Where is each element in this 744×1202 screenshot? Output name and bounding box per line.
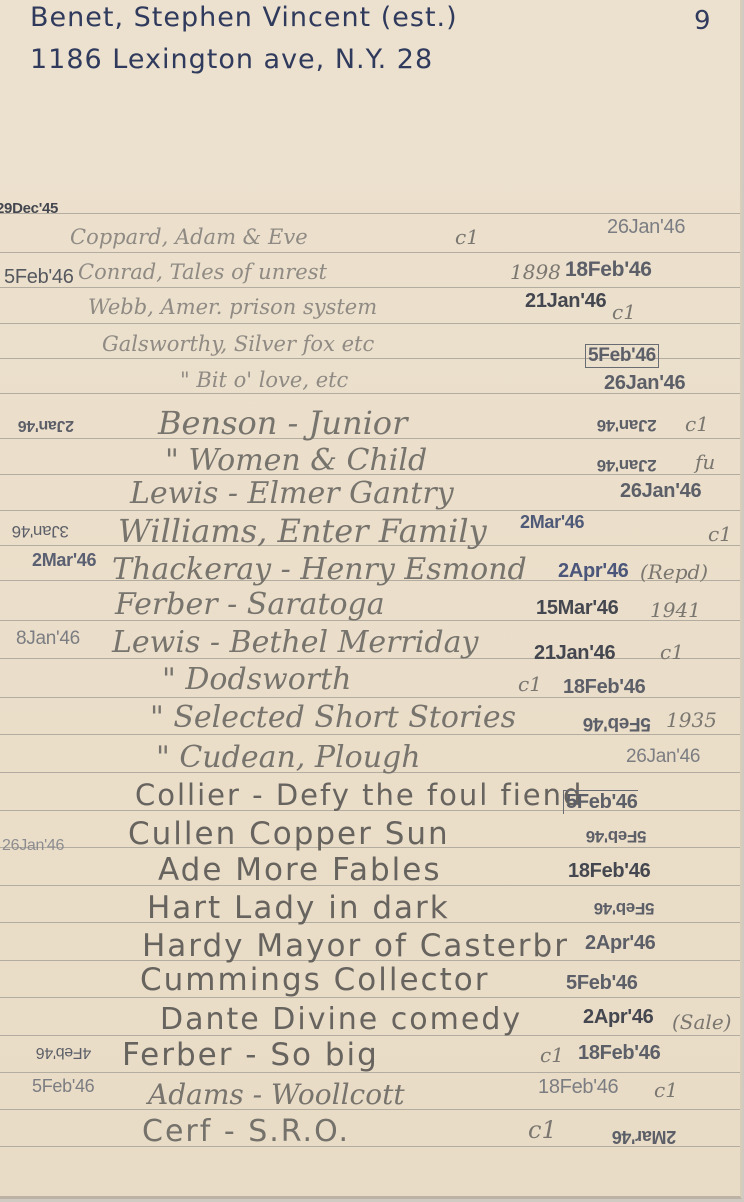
date-stamp-inverted: 3Jan'46 [12,521,69,541]
entry-note: c1 [612,300,636,324]
entry-note: (Repd) [640,560,708,584]
date-stamp: 18Feb'46 [565,258,652,282]
date-stamp: 5Feb'46 [4,266,74,289]
entry-title: Dante Divine comedy [160,1002,522,1037]
date-stamp-inverted: 2Mar'46 [612,1126,676,1147]
date-stamp: 2Mar'46 [520,512,584,533]
entry-title: Cerf - S.R.O. [142,1114,350,1149]
entry-title: Hart Lady in dark [147,890,450,926]
entry-title: Collier - Defy the foul fiend [135,778,583,812]
entry-note: c1 [455,225,479,249]
date-stamp-inverted: 2Jan'46 [597,455,657,475]
entry-title: Lewis - Elmer Gantry [130,476,454,511]
date-stamp: 26Jan'46 [626,746,700,768]
rule-line [0,287,740,288]
date-stamp-inverted: 2Jan'46 [597,415,657,435]
date-stamp: 26Jan'46 [2,837,64,855]
date-stamp-inverted: 5Feb'46 [594,898,655,918]
entry-title: Ade More Fables [158,852,441,888]
entry-title: Coppard, Adam & Eve [70,225,308,249]
entry-title: " Selected Short Stories [150,700,516,735]
entry-note: c1 [660,640,684,664]
entry-note: c1 [518,672,542,696]
date-stamp: 2Apr'46 [583,1006,653,1029]
entry-title: Galsworthy, Silver fox etc [102,332,374,356]
date-stamp: 18Feb'46 [578,1042,660,1065]
date-stamp: 29Dec'45 [0,200,58,217]
date-stamp: 2Apr'46 [558,560,628,583]
date-stamp: 2Apr'46 [585,932,655,955]
date-stamp: 8Jan'46 [16,628,80,650]
date-stamp: 18Feb'46 [568,860,650,883]
entry-title: Thackeray - Henry Esmond [112,552,527,587]
date-stamp: 18Feb'46 [563,676,645,699]
date-stamp: 18Feb'46 [538,1076,618,1099]
entry-title: Conrad, Tales of unrest [78,260,327,284]
entry-title: Benson - Junior [158,404,407,442]
entry-title: Cullen Copper Sun [128,816,450,852]
date-stamp-inverted: 2Jan'46 [18,416,74,434]
date-stamp: 21Jan'46 [525,290,606,313]
entry-note: 1898 [510,260,561,284]
entry-note: c1 [540,1043,564,1067]
date-stamp: 5Feb'46 [32,1076,94,1097]
entry-title: " Bit o' love, etc [180,368,348,392]
entry-title: Lewis - Bethel Merriday [112,625,478,660]
date-stamp-inverted: 5Feb'46 [586,826,647,846]
entry-note: (Sale) [672,1010,731,1034]
card-number: 9 [694,6,712,36]
entry-title: Williams, Enter Family [118,512,487,550]
entry-note: c1 [528,1116,557,1144]
entry-title: Hardy Mayor of Casterbr [142,928,569,964]
date-stamp: 21Jan'46 [534,642,615,665]
entry-title: Adams - Woollcott [148,1078,405,1111]
entry-note: c1 [708,522,732,546]
rule-line [0,252,740,253]
date-stamp: 5Feb'46 [585,344,659,368]
borrower-card: Benet, Stephen Vincent (est.) 1186 Lexin… [0,0,742,1199]
entry-note: 1935 [666,708,717,732]
address-line: 1186 Lexington ave, N.Y. 28 [30,44,433,75]
author-name-heading: Benet, Stephen Vincent (est.) [30,2,458,33]
date-stamp: 26Jan'46 [620,480,701,503]
entry-note: c1 [685,412,709,436]
entry-note: 1941 [650,598,701,622]
entry-note: fu [695,450,715,474]
entry-note: c1 [654,1078,678,1102]
date-stamp: 15Mar'46 [536,597,618,620]
entry-title: Ferber - So big [122,1037,379,1073]
entry-title: Webb, Amer. prison system [88,295,377,319]
entry-title: " Women & Child [165,443,427,478]
date-stamp: 26Jan'46 [607,216,685,239]
entry-title: " Dodsworth [162,662,352,697]
date-stamp-inverted: 5Feb'46 [583,712,651,734]
entry-title: " Cudean, Plough [156,740,421,775]
entry-title: Cummings Collector [140,962,489,998]
entry-title: Ferber - Saratoga [115,587,385,622]
date-stamp: 5Feb'46 [563,790,638,814]
date-stamp: 5Feb'46 [566,972,638,995]
date-stamp: 2Mar'46 [32,550,96,571]
date-stamp-inverted: 4Feb'46 [36,1043,91,1061]
date-stamp: 26Jan'46 [604,372,685,395]
rule-line [0,213,740,214]
